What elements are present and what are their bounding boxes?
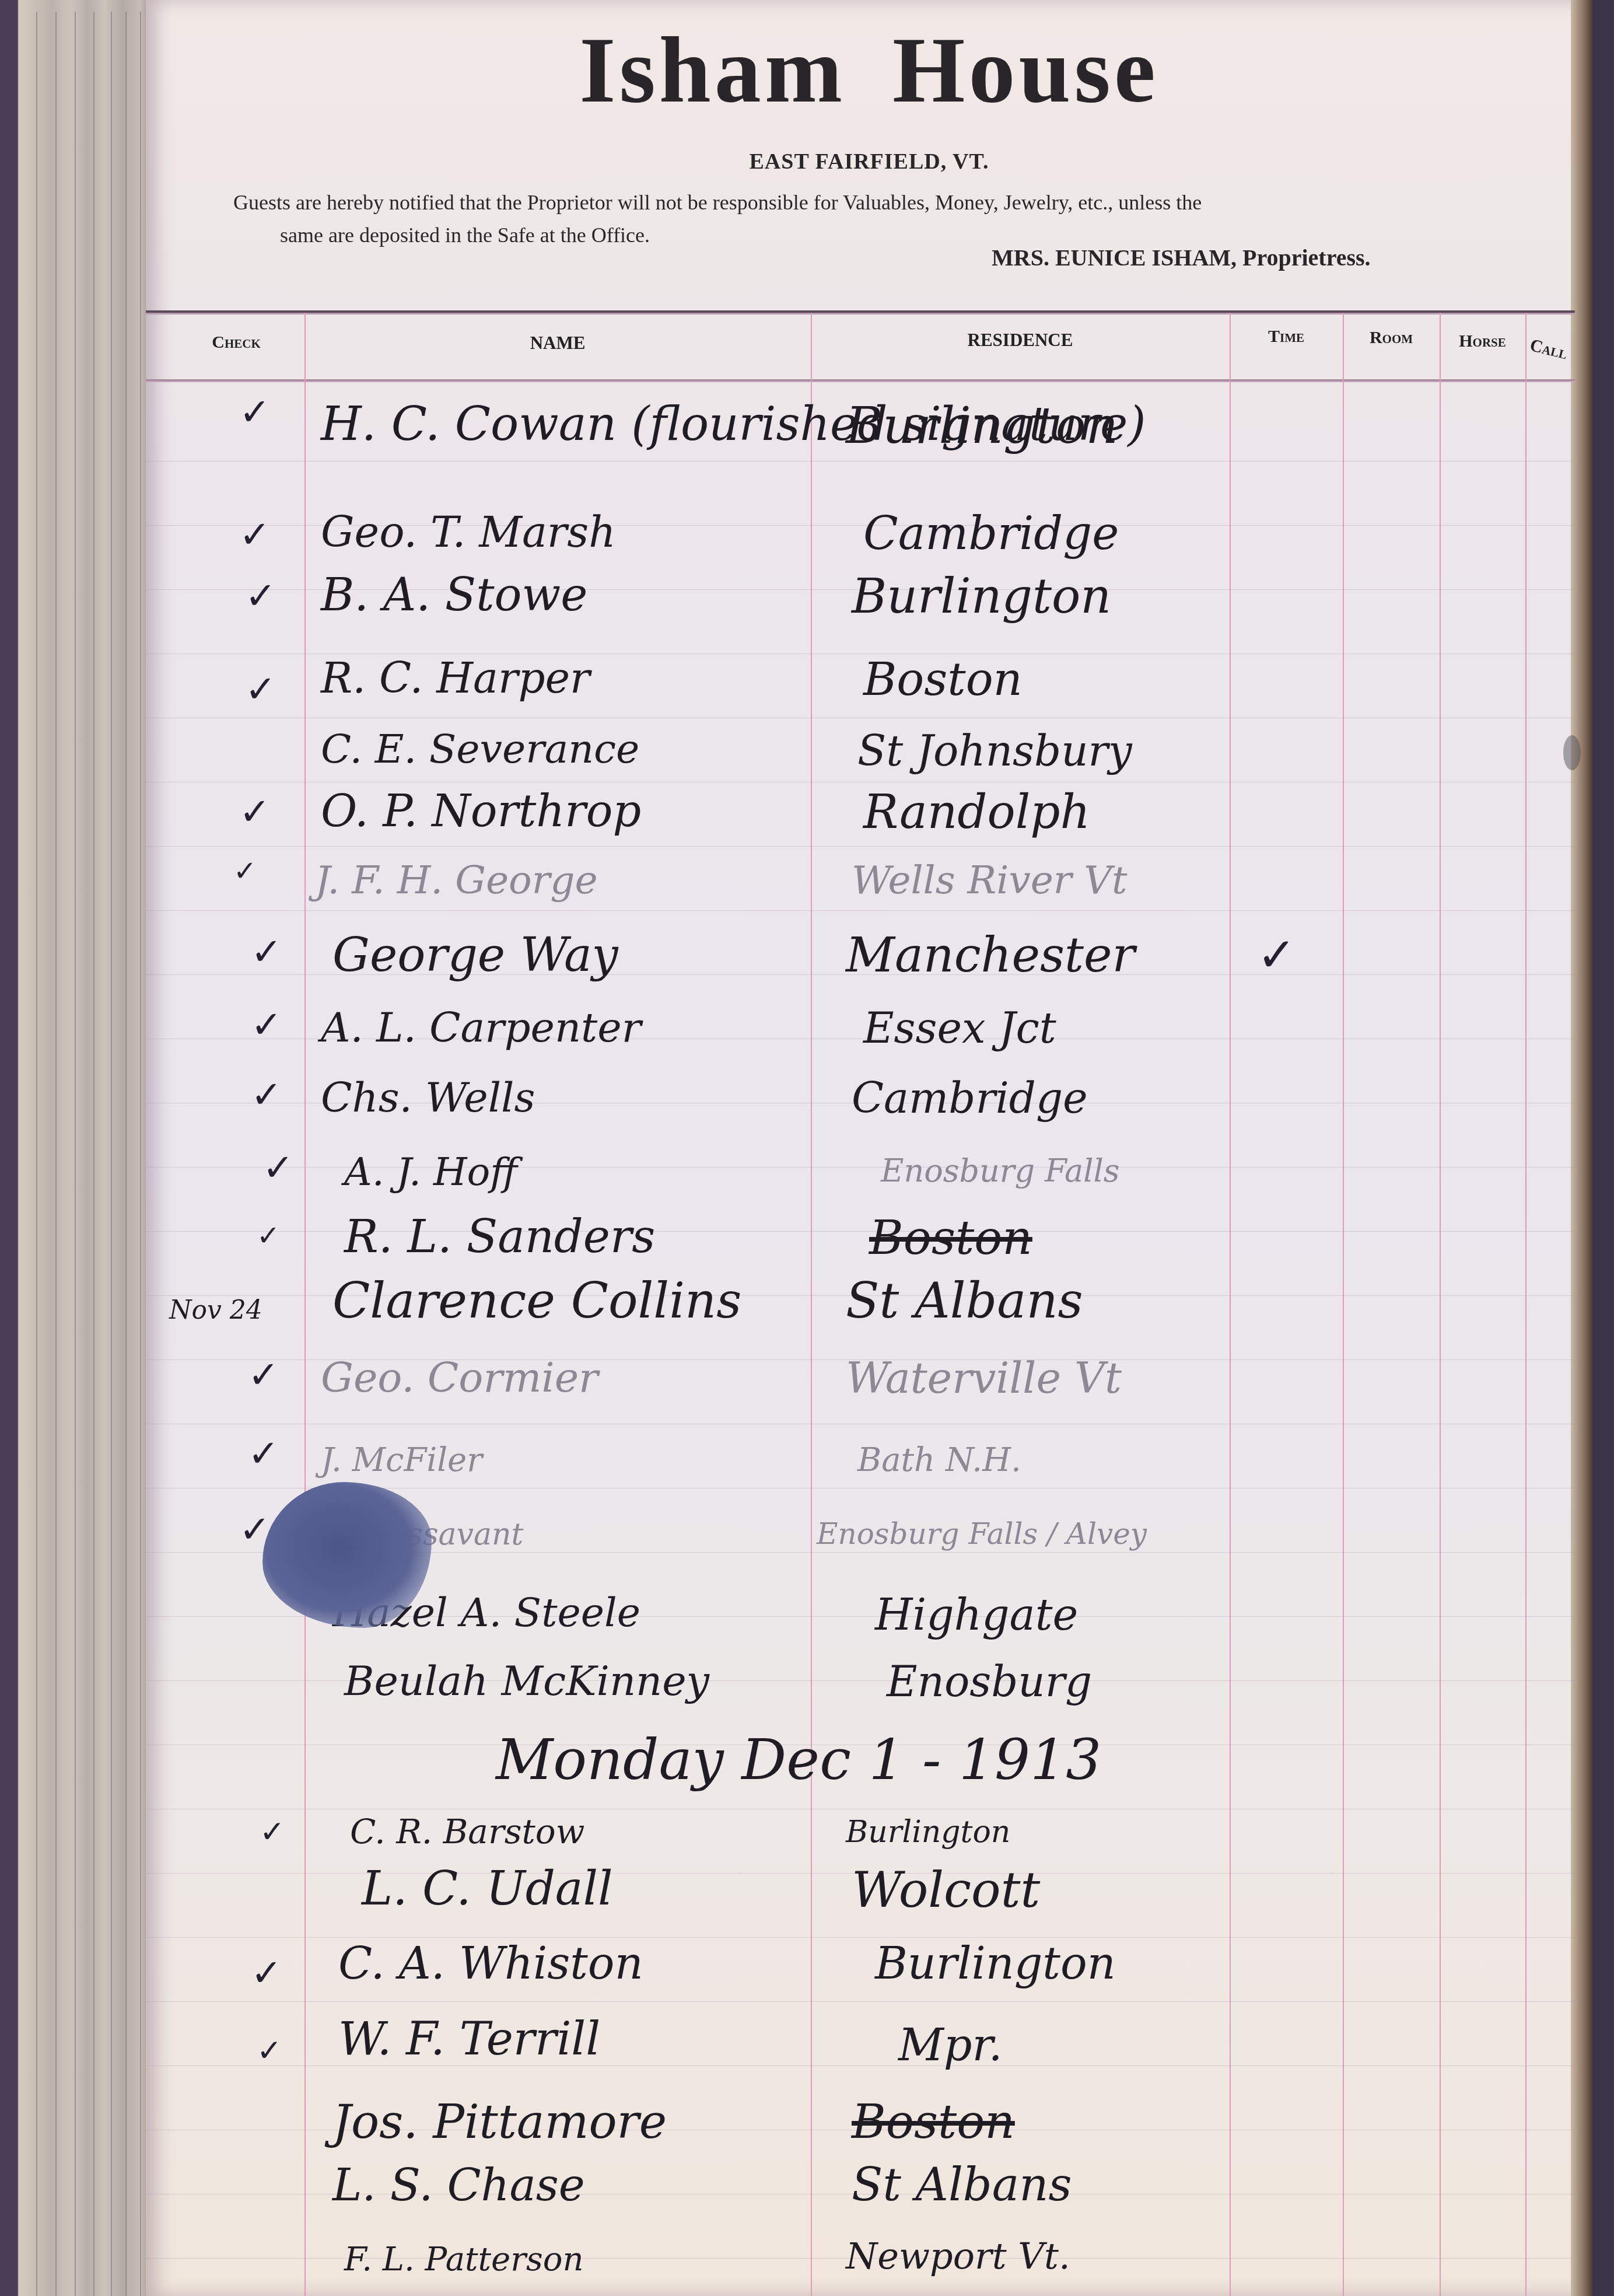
row-rule bbox=[146, 2001, 1575, 2002]
guest-residence: Waterville Vt bbox=[846, 1354, 1122, 1403]
header-rule-bottom bbox=[146, 379, 1575, 382]
guest-name: C. E. Severance bbox=[321, 726, 639, 773]
guest-name: Jos. Pittamore bbox=[332, 2095, 667, 2149]
row-rule bbox=[146, 718, 1575, 718]
check-mark: ✓ bbox=[251, 1952, 282, 1995]
check-mark: ✓ bbox=[251, 931, 282, 974]
guest-name: Beulah McKinney bbox=[344, 1657, 709, 1705]
guest-name: Geo. T. Marsh bbox=[321, 508, 616, 557]
check-mark: ✓ bbox=[260, 1815, 285, 1850]
check-mark: ✓ bbox=[239, 791, 271, 834]
guest-residence: Burlington bbox=[846, 1815, 1010, 1850]
row-rule bbox=[146, 910, 1575, 911]
guest-residence: Enosburg Falls bbox=[881, 1152, 1120, 1189]
guest-residence: Essex Jct bbox=[863, 1004, 1056, 1053]
row-rule bbox=[146, 1809, 1575, 1809]
column-header-name: NAME bbox=[304, 333, 811, 354]
column-header-horse: Horse bbox=[1440, 331, 1525, 351]
guest-name: George Way bbox=[332, 928, 618, 982]
guest-name: B. A. Stowe bbox=[321, 569, 588, 621]
column-divider bbox=[1525, 313, 1527, 2296]
column-divider bbox=[1343, 313, 1344, 2296]
check-mark: ✓ bbox=[248, 1432, 279, 1476]
ink-blot-stain bbox=[262, 1482, 432, 1628]
page-right-edge bbox=[1571, 0, 1592, 2296]
guest-residence: Burlington bbox=[875, 1937, 1116, 1989]
guest-residence: Manchester bbox=[846, 928, 1135, 983]
guest-residence: Cambridge bbox=[863, 508, 1119, 560]
guest-residence: Enosburg Falls / Alvey bbox=[817, 1517, 1147, 1551]
check-mark: ✓ bbox=[239, 391, 271, 434]
guest-residence: Boston bbox=[852, 2095, 1015, 2149]
guest-name: R. L. Sanders bbox=[344, 1211, 655, 1263]
check-mark: ✓ bbox=[245, 668, 276, 711]
proprietress: MRS. EUNICE ISHAM, Proprietress. bbox=[992, 244, 1371, 271]
guest-residence: Highgate bbox=[875, 1590, 1078, 1640]
guest-name: Chs. Wells bbox=[321, 1074, 535, 1121]
column-header-call: Call bbox=[1524, 334, 1574, 365]
notice-line-1: Guests are hereby notified that the Prop… bbox=[233, 187, 1517, 219]
guest-name: L. C. Udall bbox=[362, 1861, 613, 1916]
register-page: IshamHouse EAST FAIRFIELD, VT. Guests ar… bbox=[146, 0, 1592, 2296]
guest-name: F. L. Patterson bbox=[344, 2241, 584, 2278]
guest-name: O. P. Northrop bbox=[321, 785, 641, 837]
row-rule bbox=[146, 2066, 1575, 2066]
guest-residence: St Johnsbury bbox=[857, 726, 1132, 775]
guest-residence: St Albans bbox=[852, 2159, 1072, 2211]
guest-notice: Guests are hereby notified that the Prop… bbox=[233, 187, 1517, 252]
column-divider bbox=[1230, 313, 1231, 2296]
guest-residence: Enosburg bbox=[887, 1657, 1092, 1706]
guest-residence: Burlington bbox=[846, 397, 1118, 455]
guest-residence: Boston bbox=[863, 653, 1023, 706]
column-divider bbox=[1440, 313, 1441, 2296]
guest-residence: Boston bbox=[869, 1211, 1032, 1265]
hotel-title: IshamHouse bbox=[146, 23, 1592, 117]
check-mark: ✓ bbox=[262, 1147, 294, 1190]
guest-residence: Mpr. bbox=[898, 2019, 1003, 2071]
guest-residence: Newport Vt. bbox=[846, 2235, 1070, 2277]
time-check-mark: ✓ bbox=[1257, 928, 1296, 982]
guest-name: W. F. Terrill bbox=[338, 2013, 600, 2066]
check-mark: ✓ bbox=[248, 1354, 279, 1397]
column-divider bbox=[304, 313, 306, 2296]
check-mark: ✓ bbox=[251, 1004, 282, 1047]
column-divider bbox=[811, 313, 812, 2296]
guest-residence: Burlington bbox=[852, 569, 1111, 624]
row-rule bbox=[146, 846, 1575, 847]
register-header: IshamHouse EAST FAIRFIELD, VT. bbox=[146, 23, 1592, 174]
check-mark: ✓ bbox=[251, 1074, 282, 1117]
row-rule bbox=[146, 1424, 1575, 1424]
guest-name: C. A. Whiston bbox=[338, 1937, 643, 1989]
column-header-check: Check bbox=[181, 333, 292, 352]
guest-residence: Wells River Vt bbox=[852, 858, 1127, 903]
guest-residence: St Albans bbox=[846, 1272, 1083, 1329]
column-header-time: Time bbox=[1230, 327, 1343, 347]
smudge-stain bbox=[1563, 735, 1581, 770]
guest-name: A. L. Carpenter bbox=[321, 1004, 641, 1051]
check-mark: ✓ bbox=[233, 855, 257, 887]
header-rule-top bbox=[146, 310, 1575, 314]
guest-name: L. S. Chase bbox=[332, 2159, 585, 2211]
guest-name: Clarence Collins bbox=[332, 1272, 741, 1329]
guest-name: R. C. Harper bbox=[321, 653, 590, 703]
row-rule bbox=[146, 461, 1575, 462]
guest-residence: Wolcott bbox=[852, 1861, 1040, 1918]
check-mark: ✓ bbox=[239, 513, 271, 557]
date-heading: Monday Dec 1 - 1913 bbox=[496, 1727, 1101, 1792]
check-mark: ✓ bbox=[257, 1219, 280, 1252]
book-page-edges bbox=[0, 0, 149, 2296]
guest-residence: Randolph bbox=[863, 785, 1090, 839]
column-header-room: Room bbox=[1343, 328, 1440, 348]
guest-name: J. F. H. George bbox=[315, 858, 598, 903]
check-mark: ✓ bbox=[245, 575, 276, 618]
guest-name: A. J. Hoff bbox=[344, 1149, 517, 1194]
hotel-location: EAST FAIRFIELD, VT. bbox=[146, 149, 1592, 174]
check-mark: ✓ bbox=[257, 2033, 282, 2068]
guest-residence: Bath N.H. bbox=[857, 1441, 1021, 1479]
guest-name: Geo. Cormier bbox=[321, 1354, 598, 1402]
guest-residence: Cambridge bbox=[852, 1074, 1088, 1123]
guest-name: J. McFiler bbox=[321, 1441, 482, 1479]
arrival-date-note: Nov 24 bbox=[169, 1295, 262, 1325]
guest-name: C. R. Barstow bbox=[350, 1812, 584, 1851]
column-header-residence: RESIDENCE bbox=[811, 330, 1230, 351]
row-rule bbox=[146, 782, 1575, 782]
